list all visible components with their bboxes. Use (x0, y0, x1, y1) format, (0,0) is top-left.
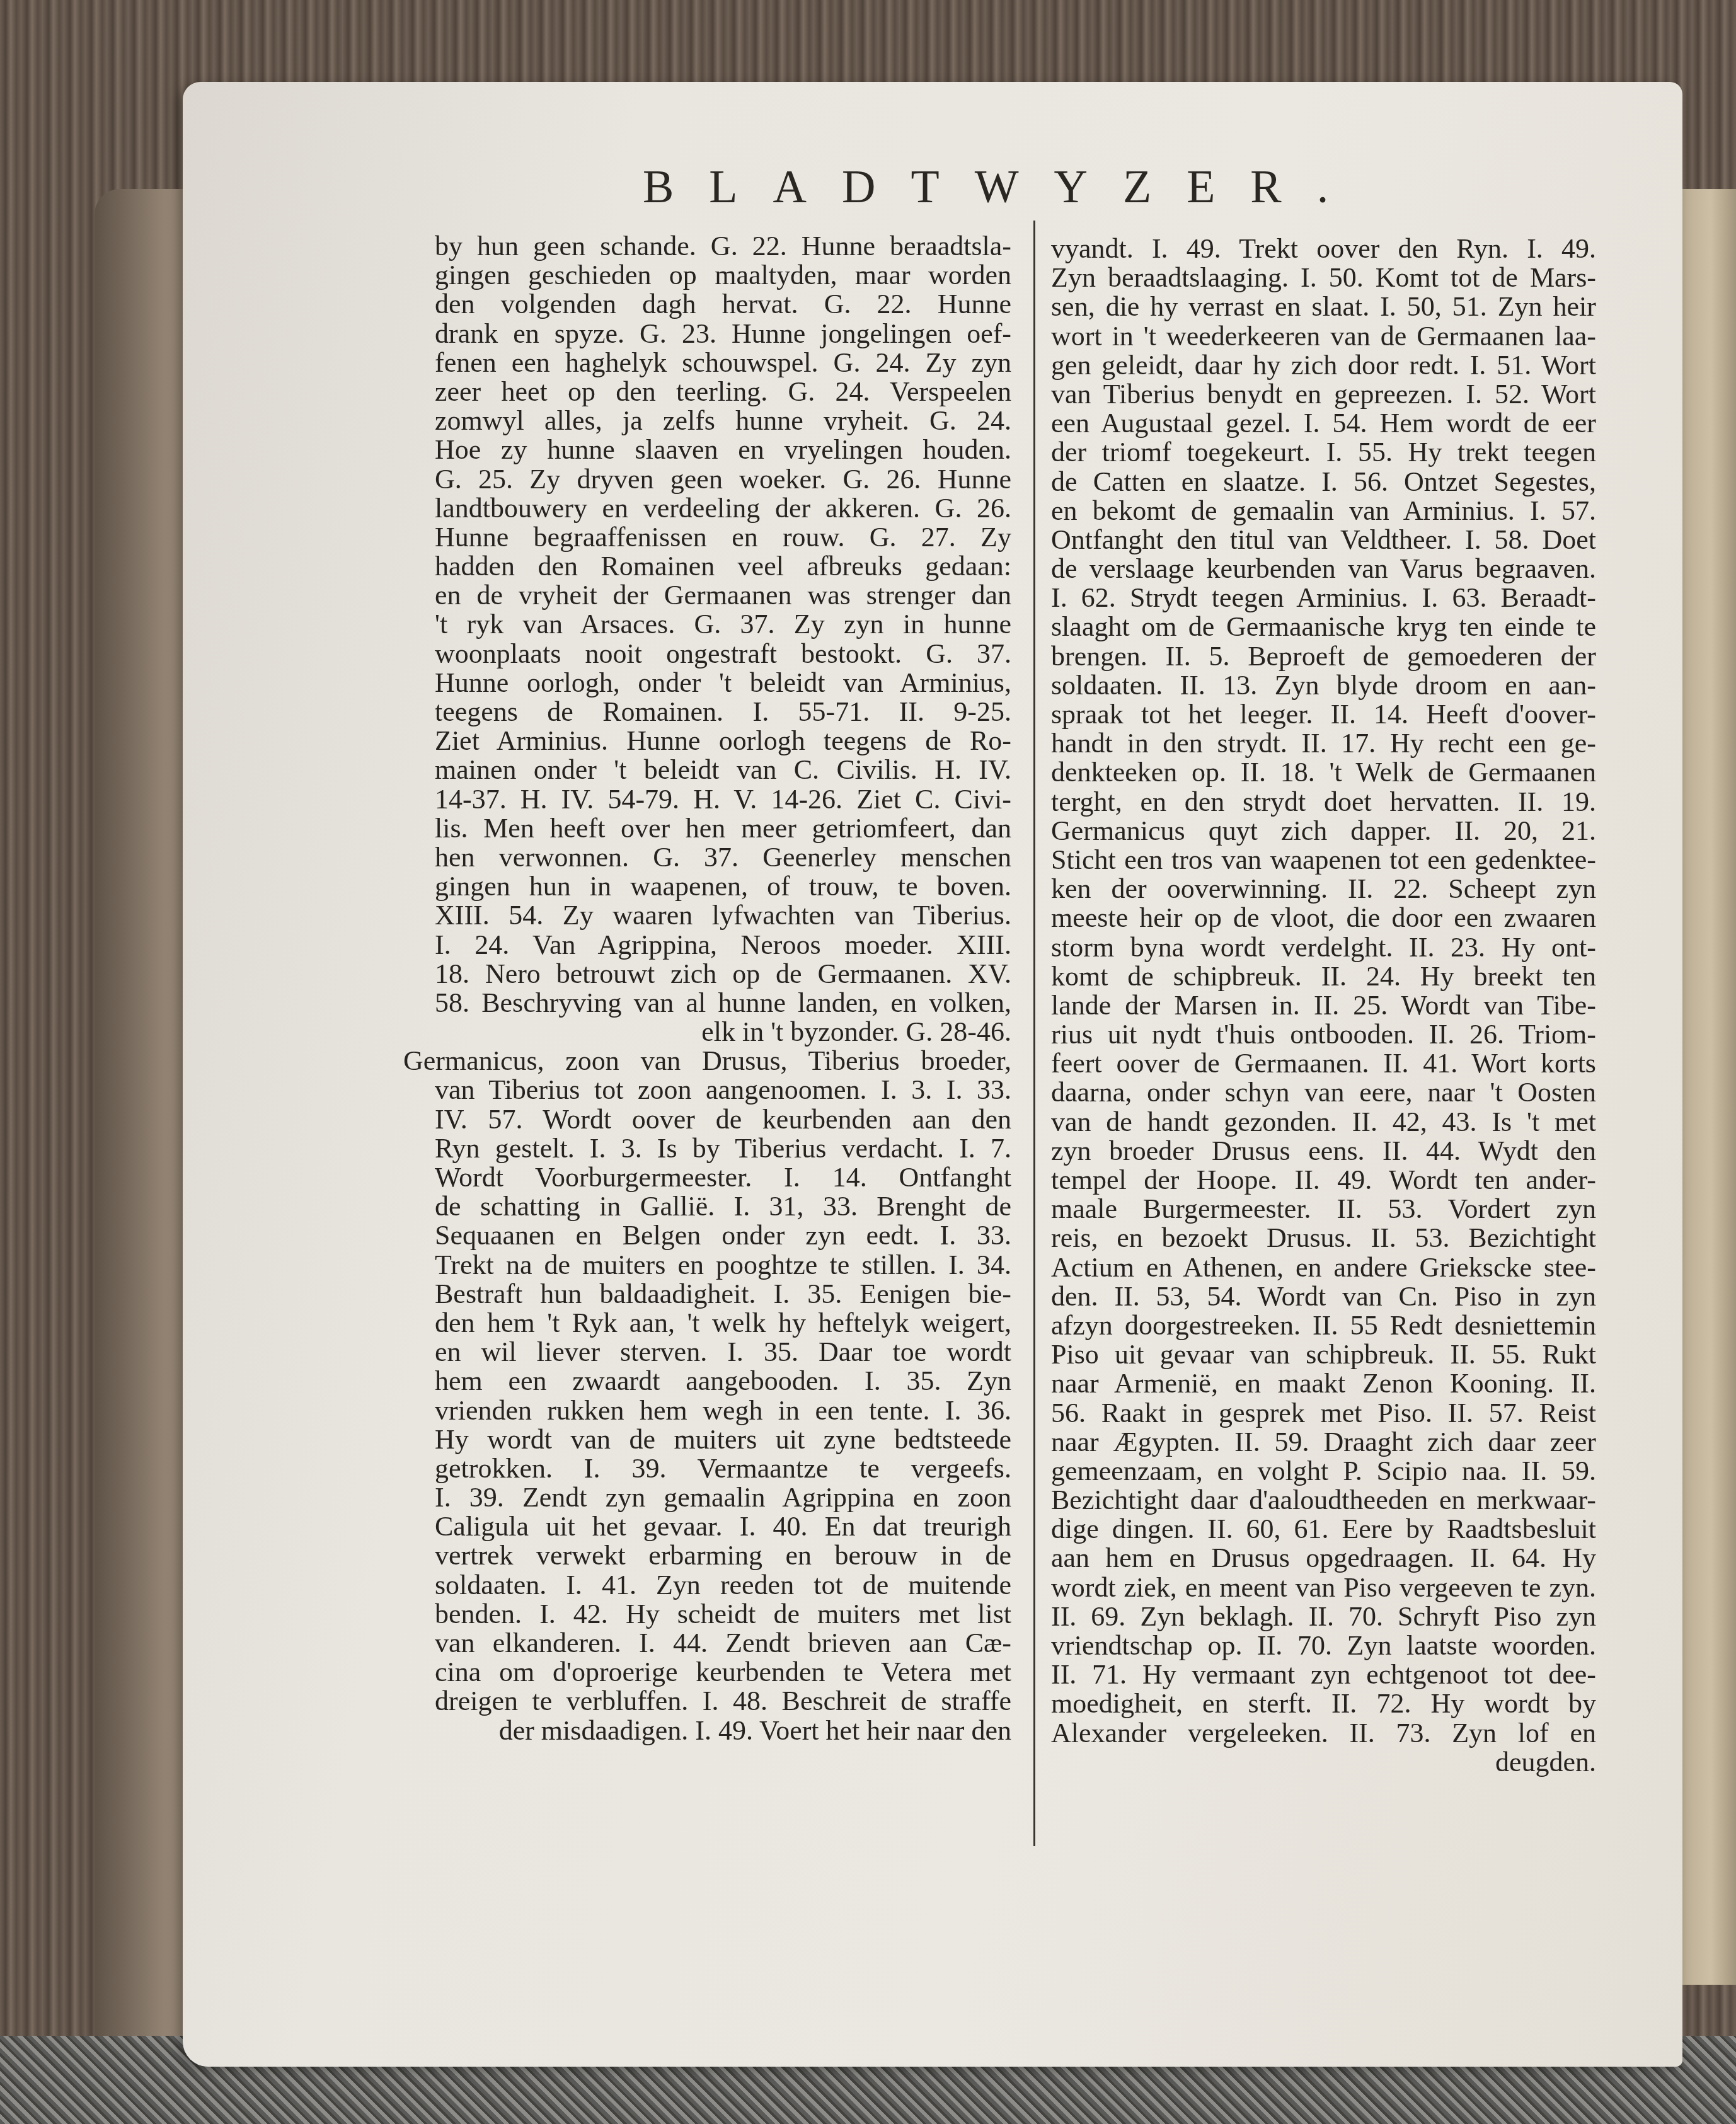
index-line: gingen geschieden op maaltyden, maar wor… (435, 261, 1011, 290)
index-line: I. 24. Van Agrippina, Neroos moeder. XII… (435, 931, 1011, 960)
index-line: by hun geen schande. G. 22. Hunne beraad… (435, 232, 1011, 261)
index-line: wordt ziek, en meent van Piso vergeeven … (1051, 1573, 1596, 1602)
right-column: vyandt. I. 49. Trekt oover den Ryn. I. 4… (1051, 234, 1596, 1777)
index-line: soldaaten. II. 13. Zyn blyde droom en aa… (1051, 671, 1596, 700)
index-line: fenen een haghelyk schouwspel. G. 24. Zy… (435, 348, 1011, 377)
index-line: hadden den Romainen veel afbreuks gedaan… (435, 552, 1011, 581)
index-line: landtbouwery en verdeeling der akkeren. … (435, 494, 1011, 523)
index-line: gen geleidt, daar hy zich door redt. I. … (1051, 351, 1596, 380)
index-line: teegens de Romainen. I. 55-71. II. 9-25. (435, 697, 1011, 726)
index-line: lis. Men heeft over hen meer getriomfeer… (435, 814, 1011, 843)
index-line: meeste heir op de vloot, die door een zw… (1051, 904, 1596, 933)
index-line: vrienden rukken hem wegh in een tente. I… (435, 1396, 1011, 1425)
running-head: BLADTWYZER. (643, 161, 1399, 214)
index-line: moedigheit, en sterft. II. 72. Hy wordt … (1051, 1689, 1596, 1718)
index-line: 14-37. H. IV. 54-79. H. V. 14-26. Ziet C… (435, 785, 1011, 814)
index-line: brengen. II. 5. Beproeft de gemoederen d… (1051, 642, 1596, 671)
index-line: soldaaten. I. 41. Zyn reeden tot de muit… (435, 1571, 1011, 1600)
facing-page-edge (1673, 189, 1736, 1985)
index-line: Actium en Athenen, en andere Griekscke s… (1051, 1253, 1596, 1282)
index-line: Ontfanght den titul van Veldtheer. I. 58… (1051, 525, 1596, 554)
index-line: zeer heet op den teerling. G. 24. Verspe… (435, 377, 1011, 406)
index-line: hem een zwaardt aangebooden. I. 35. Zyn (435, 1367, 1011, 1396)
index-line: naar Armenië, en maakt Zenon Kooning. II… (1051, 1369, 1596, 1398)
index-line: gemeenzaam, en volght P. Scipio naa. II.… (1051, 1457, 1596, 1486)
index-line: de verslaage keurbenden van Varus begraa… (1051, 554, 1596, 583)
index-line: komt de schipbreuk. II. 24. Hy breekt te… (1051, 962, 1596, 991)
index-line: terght, en den strydt doet hervatten. II… (1051, 788, 1596, 817)
index-line: slaaght om de Germaanische kryg ten eind… (1051, 612, 1596, 641)
index-line: afzyn doorgestreeken. II. 55 Redt desnie… (1051, 1311, 1596, 1340)
index-line: Hy wordt van de muiters uit zyne bedtste… (435, 1425, 1011, 1454)
index-line: elk in 't byzonder. G. 28-46. (435, 1018, 1011, 1047)
index-line: van Tiberius benydt en gepreezen. I. 52.… (1051, 380, 1596, 409)
index-entry-head: Germanicus, zoon van Drusus, Tiberius br… (403, 1047, 1011, 1076)
index-line: zomwyl alles, ja zelfs hunne vryheit. G.… (435, 406, 1011, 435)
index-line: cina om d'oproerige keurbenden te Vetera… (435, 1658, 1011, 1687)
index-line: Sticht een tros van waapenen tot een ged… (1051, 846, 1596, 875)
index-line: gingen hun in waapenen, of trouw, te bov… (435, 872, 1011, 901)
index-line: I. 39. Zendt zyn gemaalin Agrippina en z… (435, 1483, 1011, 1512)
index-line: rius uit nydt t'huis ontbooden. II. 26. … (1051, 1020, 1596, 1049)
index-line: Sequaanen en Belgen onder zyn eedt. I. 3… (435, 1221, 1011, 1250)
index-line: 't ryk van Arsaces. G. 37. Zy zyn in hun… (435, 610, 1011, 639)
index-line: Hoe zy hunne slaaven en vryelingen houde… (435, 435, 1011, 464)
index-line: Ziet Arminius. Hunne oorlogh teegens de … (435, 726, 1011, 755)
index-line: lande der Marsen in. II. 25. Wordt van T… (1051, 991, 1596, 1020)
index-line: storm byna wordt verdelght. II. 23. Hy o… (1051, 933, 1596, 962)
index-line: wort in 't weederkeeren van de Germaanen… (1051, 322, 1596, 351)
index-line: Piso uit gevaar van schipbreuk. II. 55. … (1051, 1340, 1596, 1369)
index-line: woonplaats nooit ongestraft bestookt. G.… (435, 640, 1011, 669)
index-line: naar Ægypten. II. 59. Draaght zich daar … (1051, 1428, 1596, 1457)
index-line: ken der ooverwinning. II. 22. Scheept zy… (1051, 875, 1596, 904)
left-column: by hun geen schande. G. 22. Hunne beraad… (435, 232, 1011, 1745)
index-line: feert oover de Germaanen. II. 41. Wort k… (1051, 1049, 1596, 1078)
index-line: Bezichtight daar d'aaloudtheeden en merk… (1051, 1486, 1596, 1515)
index-line: en bekomt de gemaalin van Arminius. I. 5… (1051, 497, 1596, 525)
index-line: de Catten en slaatze. I. 56. Ontzet Sege… (1051, 468, 1596, 497)
index-line: reis, en bezoekt Drusus. II. 53. Bezicht… (1051, 1224, 1596, 1253)
index-line: een Augustaal gezel. I. 54. Hem wordt de… (1051, 409, 1596, 438)
index-line: den. II. 53, 54. Wordt van Cn. Piso in z… (1051, 1282, 1596, 1311)
index-line: 58. Beschryving van al hunne landen, en … (435, 989, 1011, 1018)
index-line: maale Burgermeester. II. 53. Vordert zyn (1051, 1195, 1596, 1224)
index-line: G. 25. Zy dryven geen woeker. G. 26. Hun… (435, 465, 1011, 494)
index-line: en wil liever sterven. I. 35. Daar toe w… (435, 1338, 1011, 1367)
index-line: der triomf toegekeurt. I. 55. Hy trekt t… (1051, 438, 1596, 467)
index-line: vyandt. I. 49. Trekt oover den Ryn. I. 4… (1051, 234, 1596, 263)
index-line: denkteeken op. II. 18. 't Welk de Germaa… (1051, 758, 1596, 787)
index-line: drank en spyze. G. 23. Hunne jongelingen… (435, 319, 1011, 348)
index-line: den hem 't Ryk aan, 't welk hy heftelyk … (435, 1309, 1011, 1338)
index-line: IV. 57. Wordt oover de keurbenden aan de… (435, 1105, 1011, 1134)
index-line: den volgenden dagh hervat. G. 22. Hunne (435, 290, 1011, 319)
index-line: tempel der Hoope. II. 49. Wordt ten ande… (1051, 1166, 1596, 1195)
column-rule (1033, 221, 1035, 1846)
index-line: benden. I. 42. Hy scheidt de muiters met… (435, 1600, 1011, 1629)
index-line: van elkanderen. I. 44. Zendt brieven aan… (435, 1629, 1011, 1658)
index-line: Bestraft hun baldaadigheit. I. 35. Eenig… (435, 1280, 1011, 1309)
index-line: daarna, onder schyn van eere, naar 't Oo… (1051, 1078, 1596, 1107)
index-line: hen verwonnen. G. 37. Geenerley menschen (435, 843, 1011, 872)
index-line: Hunne oorlogh, onder 't beleidt van Armi… (435, 669, 1011, 697)
index-line: spraak tot het leeger. II. 14. Heeft d'o… (1051, 700, 1596, 729)
index-line: Trekt na de muiters en pooghtze te still… (435, 1251, 1011, 1280)
index-line: II. 71. Hy vermaant zyn echtgenoot tot d… (1051, 1660, 1596, 1689)
index-line: Hunne begraaffenissen en rouw. G. 27. Zy (435, 523, 1011, 552)
index-line: Germanicus quyt zich dapper. II. 20, 21. (1051, 817, 1596, 846)
index-line: aan hem en Drusus opgedraagen. II. 64. H… (1051, 1544, 1596, 1573)
index-line: dreigen te verbluffen. I. 48. Beschreit … (435, 1687, 1011, 1716)
index-line: de schatting in Gallië. I. 31, 33. Breng… (435, 1192, 1011, 1221)
index-line: getrokken. I. 39. Vermaantze te vergeefs… (435, 1454, 1011, 1483)
index-line: van Tiberius tot zoon aangenoomen. I. 3.… (435, 1076, 1011, 1105)
index-line: zyn broeder Drusus eens. II. 44. Wydt de… (1051, 1137, 1596, 1166)
index-line: I. 62. Strydt teegen Arminius. I. 63. Be… (1051, 583, 1596, 612)
index-line: dige dingen. II. 60, 61. Eere by Raadtsb… (1051, 1515, 1596, 1544)
index-line: Zyn beraadtslaaging. I. 50. Komt tot de … (1051, 263, 1596, 292)
index-line: mainen onder 't beleidt van C. Civilis. … (435, 755, 1011, 784)
index-line: 18. Nero betrouwt zich op de Germaanen. … (435, 960, 1011, 989)
index-line: en de vryheit der Germaanen was strenger… (435, 581, 1011, 610)
index-line: van de handt gezonden. II. 42, 43. Is 't… (1051, 1108, 1596, 1137)
index-line: vriendtschap op. II. 70. Zyn laatste woo… (1051, 1631, 1596, 1660)
index-line: Alexander vergeleeken. II. 73. Zyn lof e… (1051, 1719, 1596, 1748)
index-line: Caligula uit het gevaar. I. 40. En dat t… (435, 1512, 1011, 1541)
index-line: vertrek verwekt erbarming en berouw in d… (435, 1541, 1011, 1570)
index-line: 56. Raakt in gesprek met Piso. II. 57. R… (1051, 1399, 1596, 1428)
index-line: sen, die hy verrast en slaat. I. 50, 51.… (1051, 292, 1596, 321)
index-line: handt in den strydt. II. 17. Hy recht ee… (1051, 729, 1596, 758)
index-line: II. 69. Zyn beklagh. II. 70. Schryft Pis… (1051, 1602, 1596, 1631)
index-line: deugden. (1051, 1748, 1596, 1777)
index-line: XIII. 54. Zy waaren lyfwachten van Tiber… (435, 901, 1011, 930)
index-line: der misdaadigen. I. 49. Voert het heir n… (435, 1716, 1011, 1745)
index-line: Ryn gestelt. I. 3. Is by Tiberius verdac… (435, 1134, 1011, 1163)
index-line: Wordt Voorburgermeester. I. 14. Ontfangh… (435, 1163, 1011, 1192)
